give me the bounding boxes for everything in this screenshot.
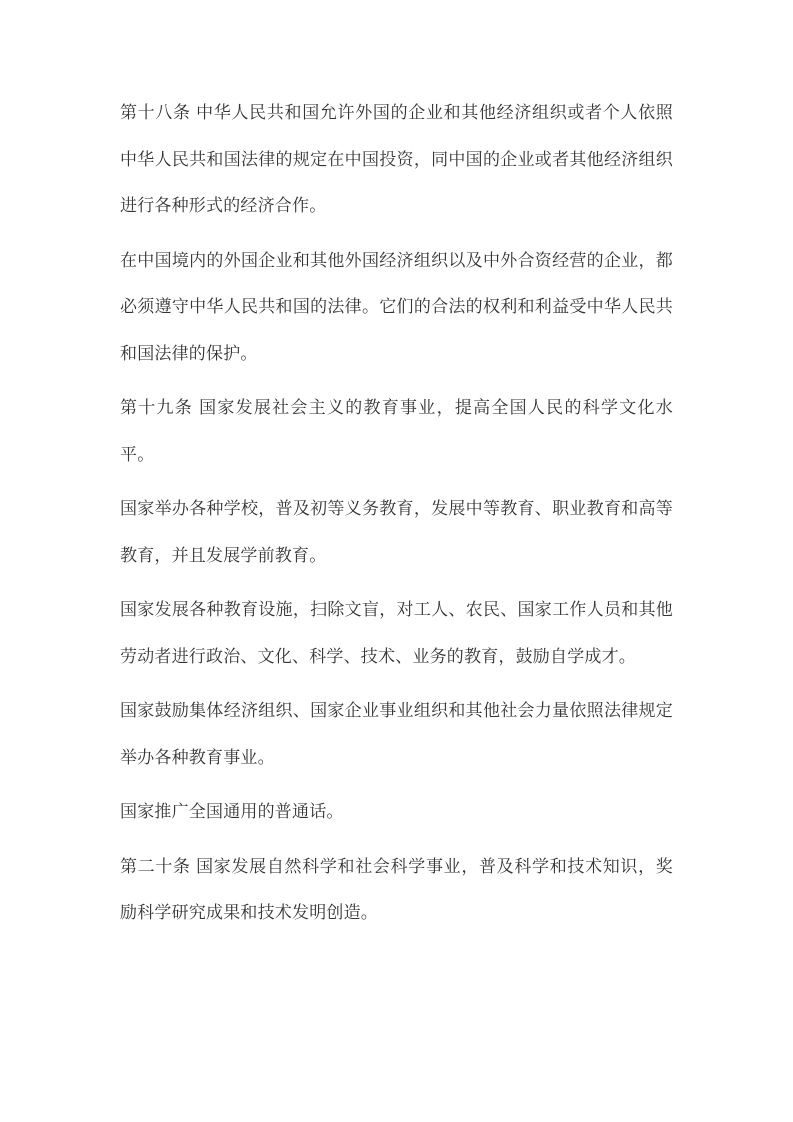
document-page: 第十八条 中华人民共和国允许外国的企业和其他经济组织或者个人依照中华人民共和国法…: [0, 0, 793, 1122]
article-18-paragraph-2: 在中国境内的外国企业和其他外国经济组织以及中外合资经营的企业，都必须遵守中华人民…: [120, 238, 673, 378]
article-19-paragraph-4: 国家鼓励集体经济组织、国家企业事业组织和其他社会力量依照法律规定举办各种教育事业…: [120, 688, 673, 781]
article-18-paragraph-1: 第十八条 中华人民共和国允许外国的企业和其他经济组织或者个人依照中华人民共和国法…: [120, 90, 673, 230]
article-19-paragraph-5: 国家推广全国通用的普通话。: [120, 789, 673, 836]
article-20-paragraph-1: 第二十条 国家发展自然科学和社会科学事业，普及科学和技术知识，奖励科学研究成果和…: [120, 844, 673, 937]
article-19-paragraph-2: 国家举办各种学校，普及初等义务教育，发展中等教育、职业教育和高等教育，并且发展学…: [120, 486, 673, 579]
article-19-paragraph-3: 国家发展各种教育设施，扫除文盲，对工人、农民、国家工作人员和其他劳动者进行政治、…: [120, 587, 673, 680]
article-19-paragraph-1: 第十九条 国家发展社会主义的教育事业，提高全国人民的科学文化水平。: [120, 385, 673, 478]
